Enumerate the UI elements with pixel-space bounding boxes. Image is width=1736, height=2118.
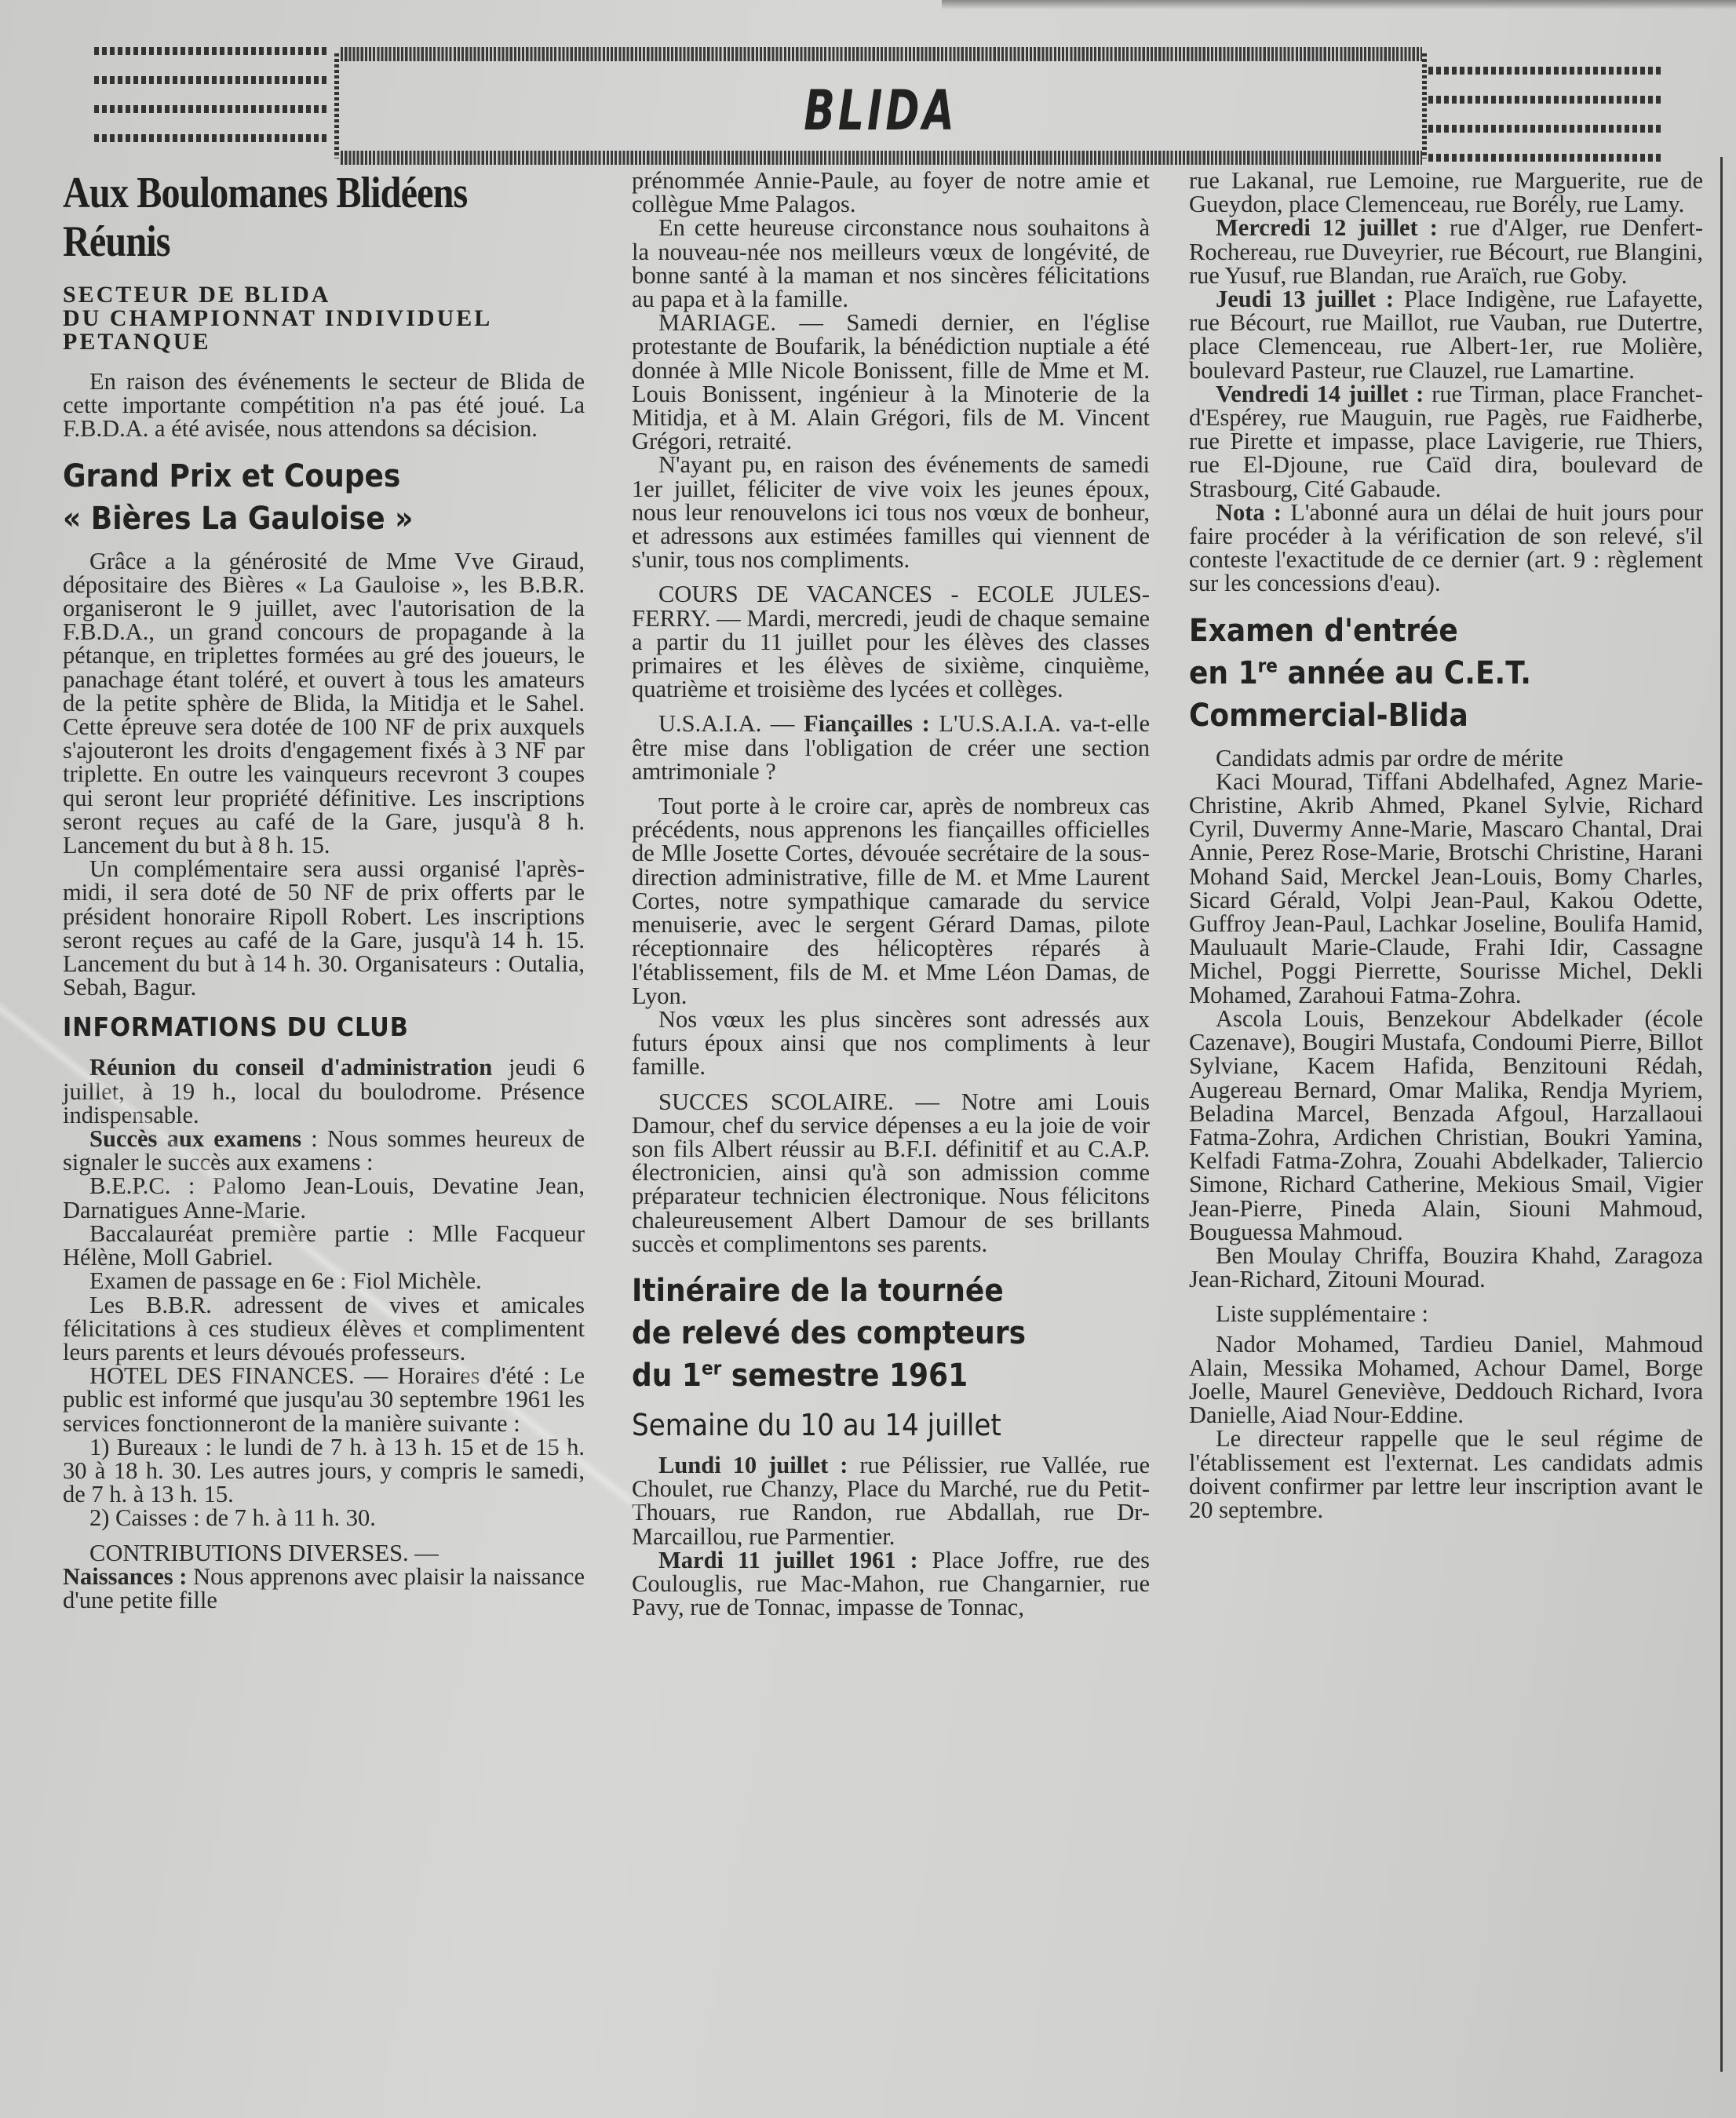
- right-column-rule: [1720, 157, 1723, 2072]
- paragraph: Un complémentaire sera aussi organisé l'…: [63, 857, 585, 999]
- paragraph: rue Lakanal, rue Lemoine, rue Marguerite…: [1189, 169, 1703, 216]
- paragraph: Ascola Louis, Benzekour Abdelkader (écol…: [1189, 1007, 1703, 1244]
- paragraph: Kaci Mourad, Tiffani Abdelhafed, Agnez M…: [1189, 770, 1703, 1007]
- paragraph: Les B.B.R. adressent de vives et amicale…: [63, 1293, 585, 1365]
- paragraph: Baccalauréat première partie : Mlle Facq…: [63, 1222, 585, 1269]
- paragraph: Lundi 10 juillet : rue Pélissier, rue Va…: [632, 1453, 1150, 1548]
- headline-itineraire: Itinéraire de la tournée de relevé des c…: [632, 1270, 1098, 1397]
- headline-grand-prix: Grand Prix et Coupes « Bières La Gaulois…: [63, 455, 533, 540]
- paragraph: Nota : L'abonné aura un délai de huit jo…: [1189, 501, 1703, 596]
- paragraph: Nador Mohamed, Tardieu Daniel, Mahmoud A…: [1189, 1332, 1703, 1427]
- paragraph: Tout porte à le croire car, après de nom…: [632, 794, 1150, 1008]
- paragraph: N'ayant pu, en raison des événements de …: [632, 453, 1150, 571]
- column-2: prénommée Annie-Paule, au foyer de notre…: [632, 169, 1150, 1619]
- paragraph: Candidats admis par ordre de mérite: [1189, 746, 1703, 770]
- paragraph: Succès aux examens : Nous sommes heureux…: [63, 1127, 585, 1174]
- newspaper-page: BLIDA Aux Boulomanes Blidéens Réunis SEC…: [0, 0, 1736, 2118]
- paragraph: En raison des événements le secteur de B…: [63, 370, 585, 441]
- masthead: BLIDA: [0, 24, 1736, 157]
- paragraph: Réunion du conseil d'administration jeud…: [63, 1055, 585, 1127]
- paragraph: Nos vœux les plus sincères sont adressés…: [632, 1008, 1150, 1079]
- paragraph: Ben Moulay Chriffa, Bouzira Khahd, Zarag…: [1189, 1244, 1703, 1291]
- paragraph: prénommée Annie-Paule, au foyer de notre…: [632, 169, 1150, 216]
- paragraph: Grâce a la générosité de Mme Vve Giraud,…: [63, 549, 585, 858]
- paragraph: COURS DE VACANCES - ECOLE JULES-FERRY. —…: [632, 582, 1150, 701]
- headline-examen-entree: Examen d'entrée en 1re année au C.E.T. C…: [1189, 610, 1652, 737]
- paragraph: HOTEL DES FINANCES. — Horaires d'été : L…: [63, 1364, 585, 1435]
- paragraph: En cette heureuse circonstance nous souh…: [632, 216, 1150, 311]
- paragraph: Le directeur rappelle que le seul régime…: [1189, 1427, 1703, 1522]
- paragraph: U.S.A.I.A. — Fiançailles : L'U.S.A.I.A. …: [632, 712, 1150, 783]
- subhead-semaine: Semaine du 10 au 14 juillet: [632, 1406, 1098, 1444]
- paragraph: B.E.P.C. : Palomo Jean-Louis, Devatine J…: [63, 1174, 585, 1221]
- masthead-ornament-left: [94, 47, 330, 163]
- subhead-secteur: SECTEUR DE BLIDA DU CHAMPIONNAT INDIVIDU…: [63, 283, 585, 354]
- column-3: rue Lakanal, rue Lemoine, rue Marguerite…: [1189, 169, 1703, 1522]
- paragraph: 2) Caisses : de 7 h. à 11 h. 30.: [63, 1506, 585, 1529]
- paragraph: Mercredi 12 juillet : rue d'Alger, rue D…: [1189, 216, 1703, 287]
- paragraph: Liste supplémentaire :: [1189, 1302, 1703, 1325]
- paragraph: CONTRIBUTIONS DIVERSES. —: [63, 1541, 585, 1565]
- masthead-ornament-right: [1428, 67, 1664, 183]
- headline-boulomanes: Aux Boulomanes Blidéens Réunis: [63, 169, 512, 266]
- paragraph: Naissances : Nous apprenons avec plaisir…: [63, 1565, 585, 1612]
- paragraph: Examen de passage en 6e : Fiol Michèle.: [63, 1269, 585, 1292]
- headline-informations-club: INFORMATIONS DU CLUB: [63, 1012, 543, 1043]
- section-title: BLIDA: [339, 80, 1422, 144]
- paragraph: Vendredi 14 juillet : rue Tirman, place …: [1189, 382, 1703, 501]
- paragraph: SUCCES SCOLAIRE. — Notre ami Louis Damou…: [632, 1090, 1150, 1256]
- column-1: Aux Boulomanes Blidéens Réunis SECTEUR D…: [63, 169, 585, 1612]
- page-edge-shadow: [942, 0, 1736, 9]
- masthead-frame: BLIDA: [339, 47, 1422, 165]
- paragraph: Jeudi 13 juillet : Place Indigène, rue L…: [1189, 287, 1703, 382]
- paragraph: MARIAGE. — Samedi dernier, en l'église p…: [632, 311, 1150, 453]
- paragraph: 1) Bureaux : le lundi de 7 h. à 13 h. 15…: [63, 1435, 585, 1507]
- paragraph: Mardi 11 juillet 1961 : Place Joffre, ru…: [632, 1548, 1150, 1620]
